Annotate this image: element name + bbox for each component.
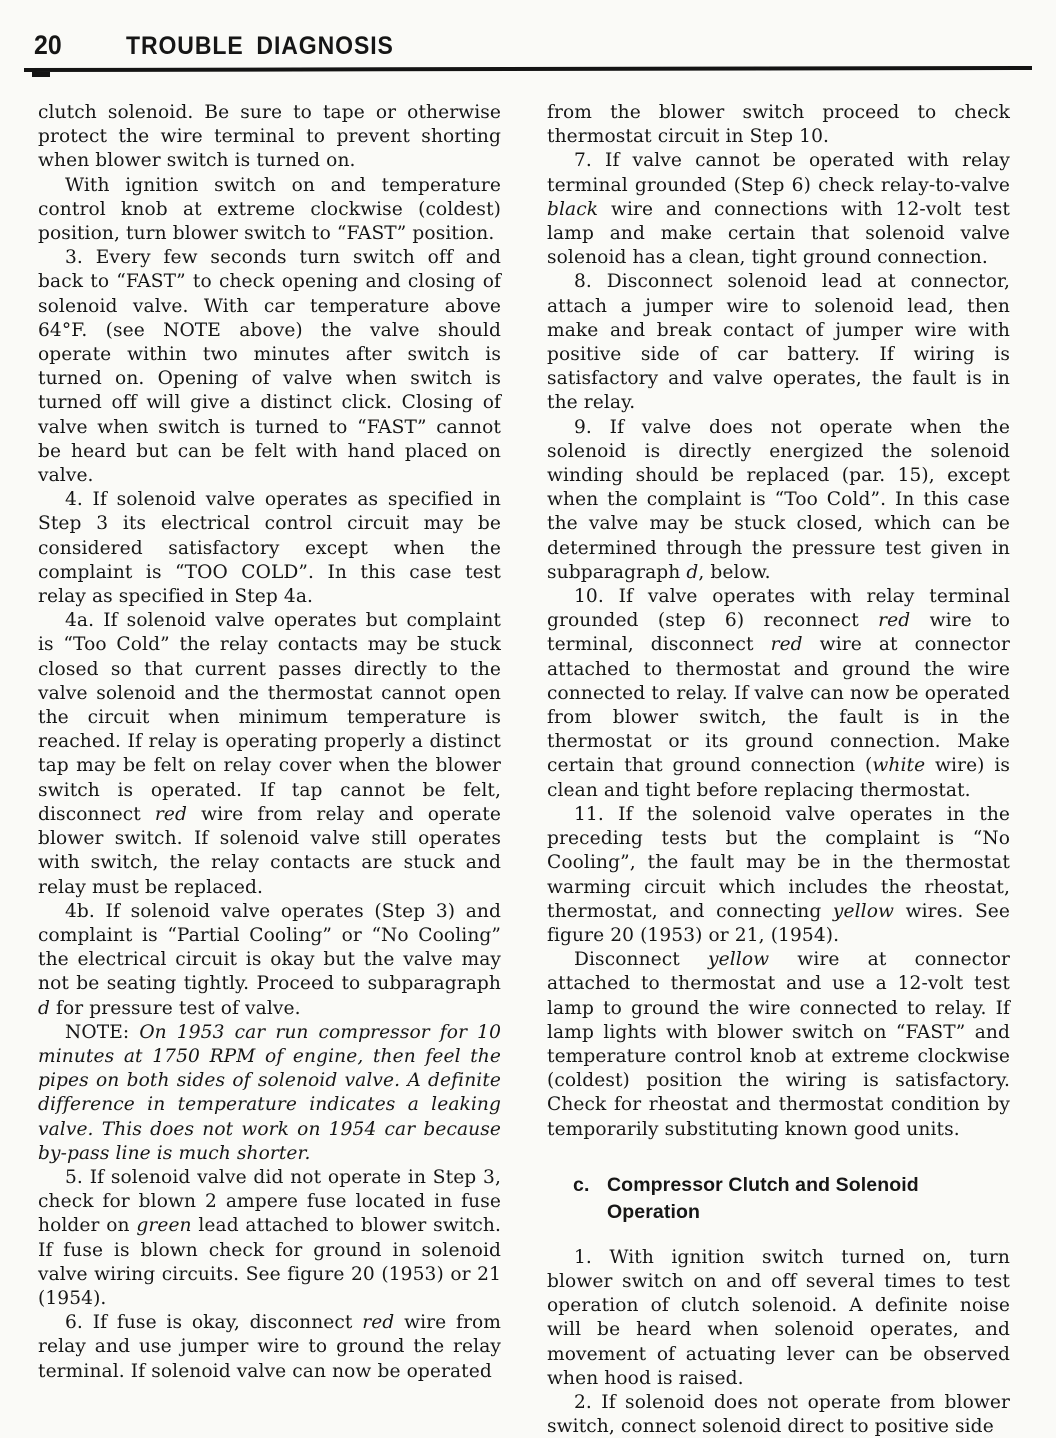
paragraph: 7. If valve cannot be operated with rela… xyxy=(547,149,1010,270)
paragraph: clutch solenoid. Be sure to tape or othe… xyxy=(38,101,501,174)
section-heading-text: Compressor Clutch and Solenoid Operation xyxy=(607,1172,937,1226)
section-heading: c.Compressor Clutch and Solenoid Operati… xyxy=(573,1172,1010,1226)
paragraph: 3. Every few seconds turn switch off and… xyxy=(38,246,501,488)
paragraph: 4b. If solenoid valve operates (Step 3) … xyxy=(38,900,501,1021)
two-column-text: clutch solenoid. Be sure to tape or othe… xyxy=(0,77,1056,1438)
paragraph: 4. If solenoid valve operates as specifi… xyxy=(38,488,501,609)
paragraph: NOTE: On 1953 car run compressor for 10 … xyxy=(38,1021,501,1166)
page-header: 20 TROUBLE DIAGNOSIS xyxy=(0,0,1056,61)
page-number: 20 xyxy=(34,30,62,61)
paragraph: Disconnect yellow wire at connector atta… xyxy=(547,948,1010,1142)
left-column: clutch solenoid. Be sure to tape or othe… xyxy=(38,101,501,1438)
paragraph: 4a. If solenoid valve operates but compl… xyxy=(38,609,501,899)
right-column: from the blower switch proceed to check … xyxy=(547,101,1010,1438)
paragraph: 8. Disconnect solenoid lead at connector… xyxy=(547,270,1010,415)
header-rule xyxy=(24,66,1032,72)
paragraph: 11. If the solenoid valve operates in th… xyxy=(547,803,1010,948)
page-title: TROUBLE DIAGNOSIS xyxy=(126,32,394,61)
paragraph: 1. With ignition switch turned on, turn … xyxy=(547,1246,1010,1391)
section-heading-label: c. xyxy=(573,1172,607,1226)
paragraph: With ignition switch on and temperature … xyxy=(38,174,501,247)
paragraph: 2. If solenoid does not operate from blo… xyxy=(547,1391,1010,1438)
paragraph: 5. If solenoid valve did not operate in … xyxy=(38,1166,501,1311)
paragraph: 9. If valve does not operate when the so… xyxy=(547,416,1010,585)
paragraph: 6. If fuse is okay, disconnect red wire … xyxy=(38,1311,501,1384)
paragraph: 10. If valve operates with relay termina… xyxy=(547,585,1010,803)
paragraph: from the blower switch proceed to check … xyxy=(547,101,1010,149)
header-rule-wrap xyxy=(24,65,1032,77)
header-dash xyxy=(32,72,50,77)
